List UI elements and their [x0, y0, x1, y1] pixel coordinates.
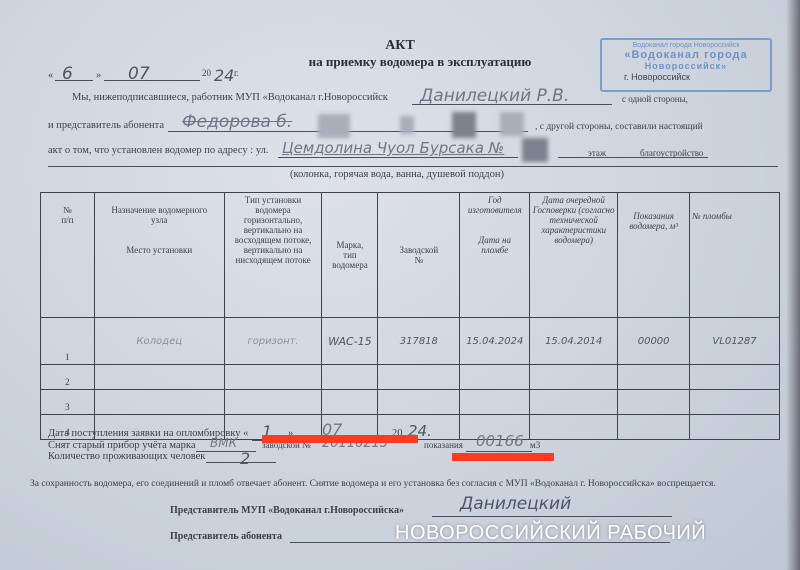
header-number: № п/п: [41, 193, 95, 318]
row-place: [94, 365, 224, 390]
header-reading: Показания водомера, м³: [618, 193, 690, 318]
row-seal-number: [690, 415, 780, 440]
organization-stamp: Водоканал города Новороссийск «Водоканал…: [600, 38, 772, 92]
row-reading: [618, 415, 690, 440]
mup-signature: Данилецкий: [460, 494, 571, 514]
row-install-type: [224, 365, 322, 390]
row-brand: WAC-15: [322, 318, 378, 365]
address-street: Цемдолина Чуол Бурсака №: [282, 139, 504, 157]
subscriber-label: и представитель абонента: [48, 120, 164, 131]
notice-text: За сохранность водомера, его соединений …: [30, 478, 770, 490]
header-install-type: Тип установки водомера горизонтально, ве…: [224, 193, 322, 318]
row-verification: [530, 415, 618, 440]
row-seal-number: [690, 365, 780, 390]
redacted-region: [452, 112, 476, 138]
table-header-row: № п/п Назначение водомерного узла Место …: [41, 193, 780, 318]
redacted-region: [318, 114, 350, 138]
row-seal-date: 15.04.2024: [460, 318, 530, 365]
old-meter-label: Снят старый прибор учёта марка: [48, 440, 196, 451]
row-seal-date: [460, 365, 530, 390]
row-serial: [378, 365, 460, 390]
row-reading: 00000: [618, 318, 690, 365]
header-purpose: Назначение водомерного узла Место устано…: [94, 193, 224, 318]
row-number: 2: [41, 365, 95, 390]
row-reading: [618, 365, 690, 390]
document-page: АКТ на приемку водомера в эксплуатацию «…: [0, 0, 800, 570]
residents-value: 2: [240, 449, 250, 468]
row-install-type: [224, 390, 322, 415]
row-verification: [530, 365, 618, 390]
row-place: Колодец: [94, 318, 224, 365]
subscriber-rep-label: Представитель абонента: [170, 531, 282, 542]
worker-name: Данилецкий Р.В.: [420, 86, 569, 106]
row-serial: [378, 390, 460, 415]
address-label: акт о том, что установлен водомер по адр…: [48, 145, 269, 156]
row-brand: [322, 390, 378, 415]
header-verification: Дата очередной Госповерки (согласно техн…: [530, 193, 618, 318]
header-year-seal: Год изготовителя Дата на пломбе: [460, 193, 530, 318]
table-row: 3: [41, 390, 780, 415]
stamp-city: г. Новороссийск: [624, 72, 690, 82]
row-number: 3: [41, 390, 95, 415]
row-install-type: горизонт.: [224, 318, 322, 365]
row-place: [94, 390, 224, 415]
row-serial: 317818: [378, 318, 460, 365]
redacted-region: [522, 138, 548, 162]
row-number: 1: [41, 318, 95, 365]
header-serial: Заводской №: [378, 193, 460, 318]
table-row: 1Колодецгоризонт.WAC-1531781815.04.20241…: [41, 318, 780, 365]
row-seal-number: [690, 390, 780, 415]
intro-text: Мы, нижеподписавшиеся, работник МУП «Вод…: [72, 92, 388, 103]
table-row: 2: [41, 365, 780, 390]
date-month: 07: [128, 64, 150, 84]
document-subtitle: на приемку водомера в эксплуатацию: [220, 54, 620, 70]
mup-rep-label: Представитель МУП «Водоканал г.Новоросси…: [170, 505, 404, 516]
subscriber-name: Федорова б.: [182, 112, 292, 132]
row-verification: [530, 390, 618, 415]
old-meter-reading: 00166: [476, 432, 524, 450]
row-seal-date: [460, 390, 530, 415]
header-seal-number: № пломбы: [690, 193, 780, 318]
row-brand: [322, 365, 378, 390]
header-brand: Марка, тип водомера: [322, 193, 378, 318]
row-reading: [618, 390, 690, 415]
redaction-bar: [452, 453, 554, 461]
row-seal-number: VL01287: [690, 318, 780, 365]
row-verification: 15.04.2014: [530, 318, 618, 365]
page-edge-shadow: [786, 0, 800, 570]
date-day: 6: [62, 64, 73, 84]
address-hint: (колонка, горячая вода, ванна, душевой п…: [290, 169, 504, 180]
redaction-bar: [262, 435, 418, 443]
publisher-watermark: НОВОРОССИЙСКИЙ РАБОЧИЙ: [395, 522, 706, 545]
old-meter-brand: ВМК: [210, 436, 237, 450]
date-year: 24: [214, 66, 234, 85]
residents-label: Количество проживающих человек: [48, 451, 205, 462]
meter-table: № п/п Назначение водомерного узла Место …: [40, 192, 780, 440]
redacted-region: [500, 112, 524, 136]
redacted-region: [400, 116, 414, 134]
